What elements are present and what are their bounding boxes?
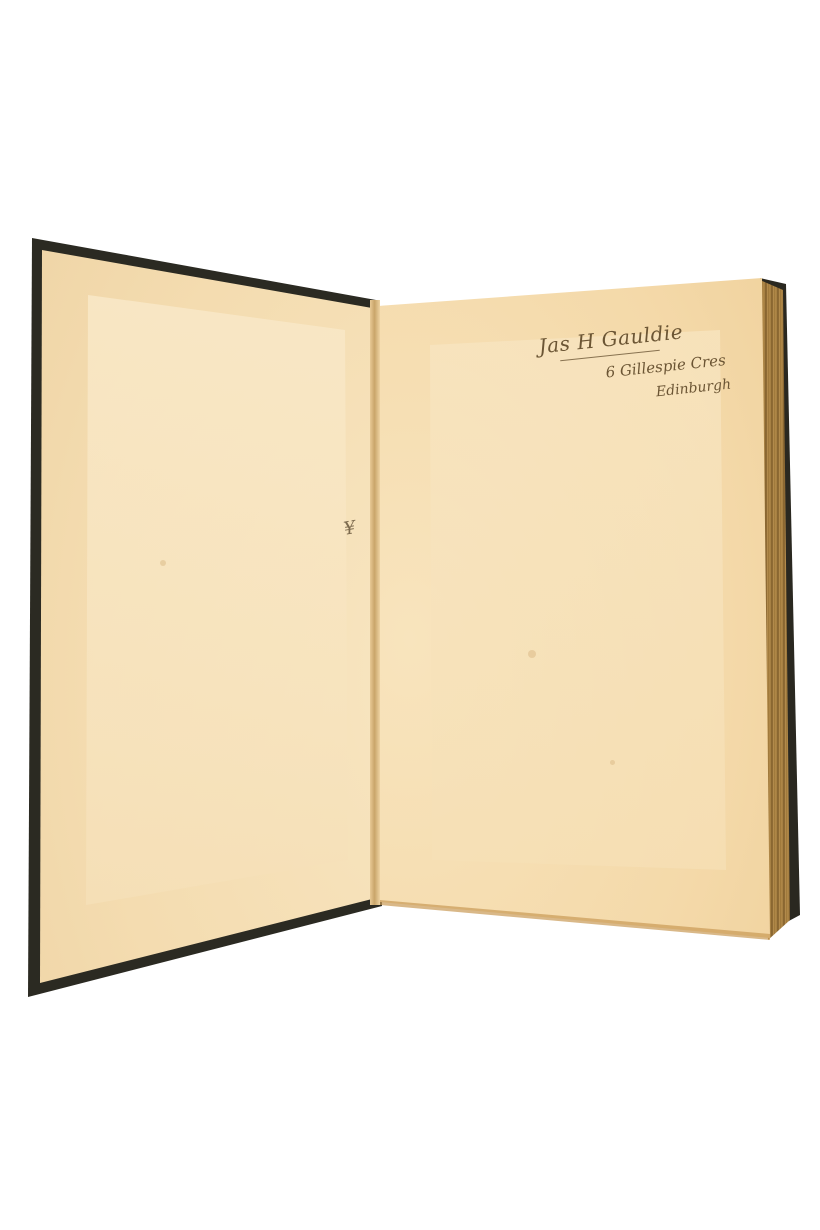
foxing-spot [528, 650, 536, 658]
book-gutter [370, 300, 380, 905]
foxing-spot [610, 760, 615, 765]
inscription-street: 6 Gillespie Cres [605, 351, 727, 382]
inscription-name: Jas H Gauldie [537, 319, 684, 358]
inscription-city: Edinburgh [655, 377, 732, 401]
foxing-spot [160, 560, 166, 566]
